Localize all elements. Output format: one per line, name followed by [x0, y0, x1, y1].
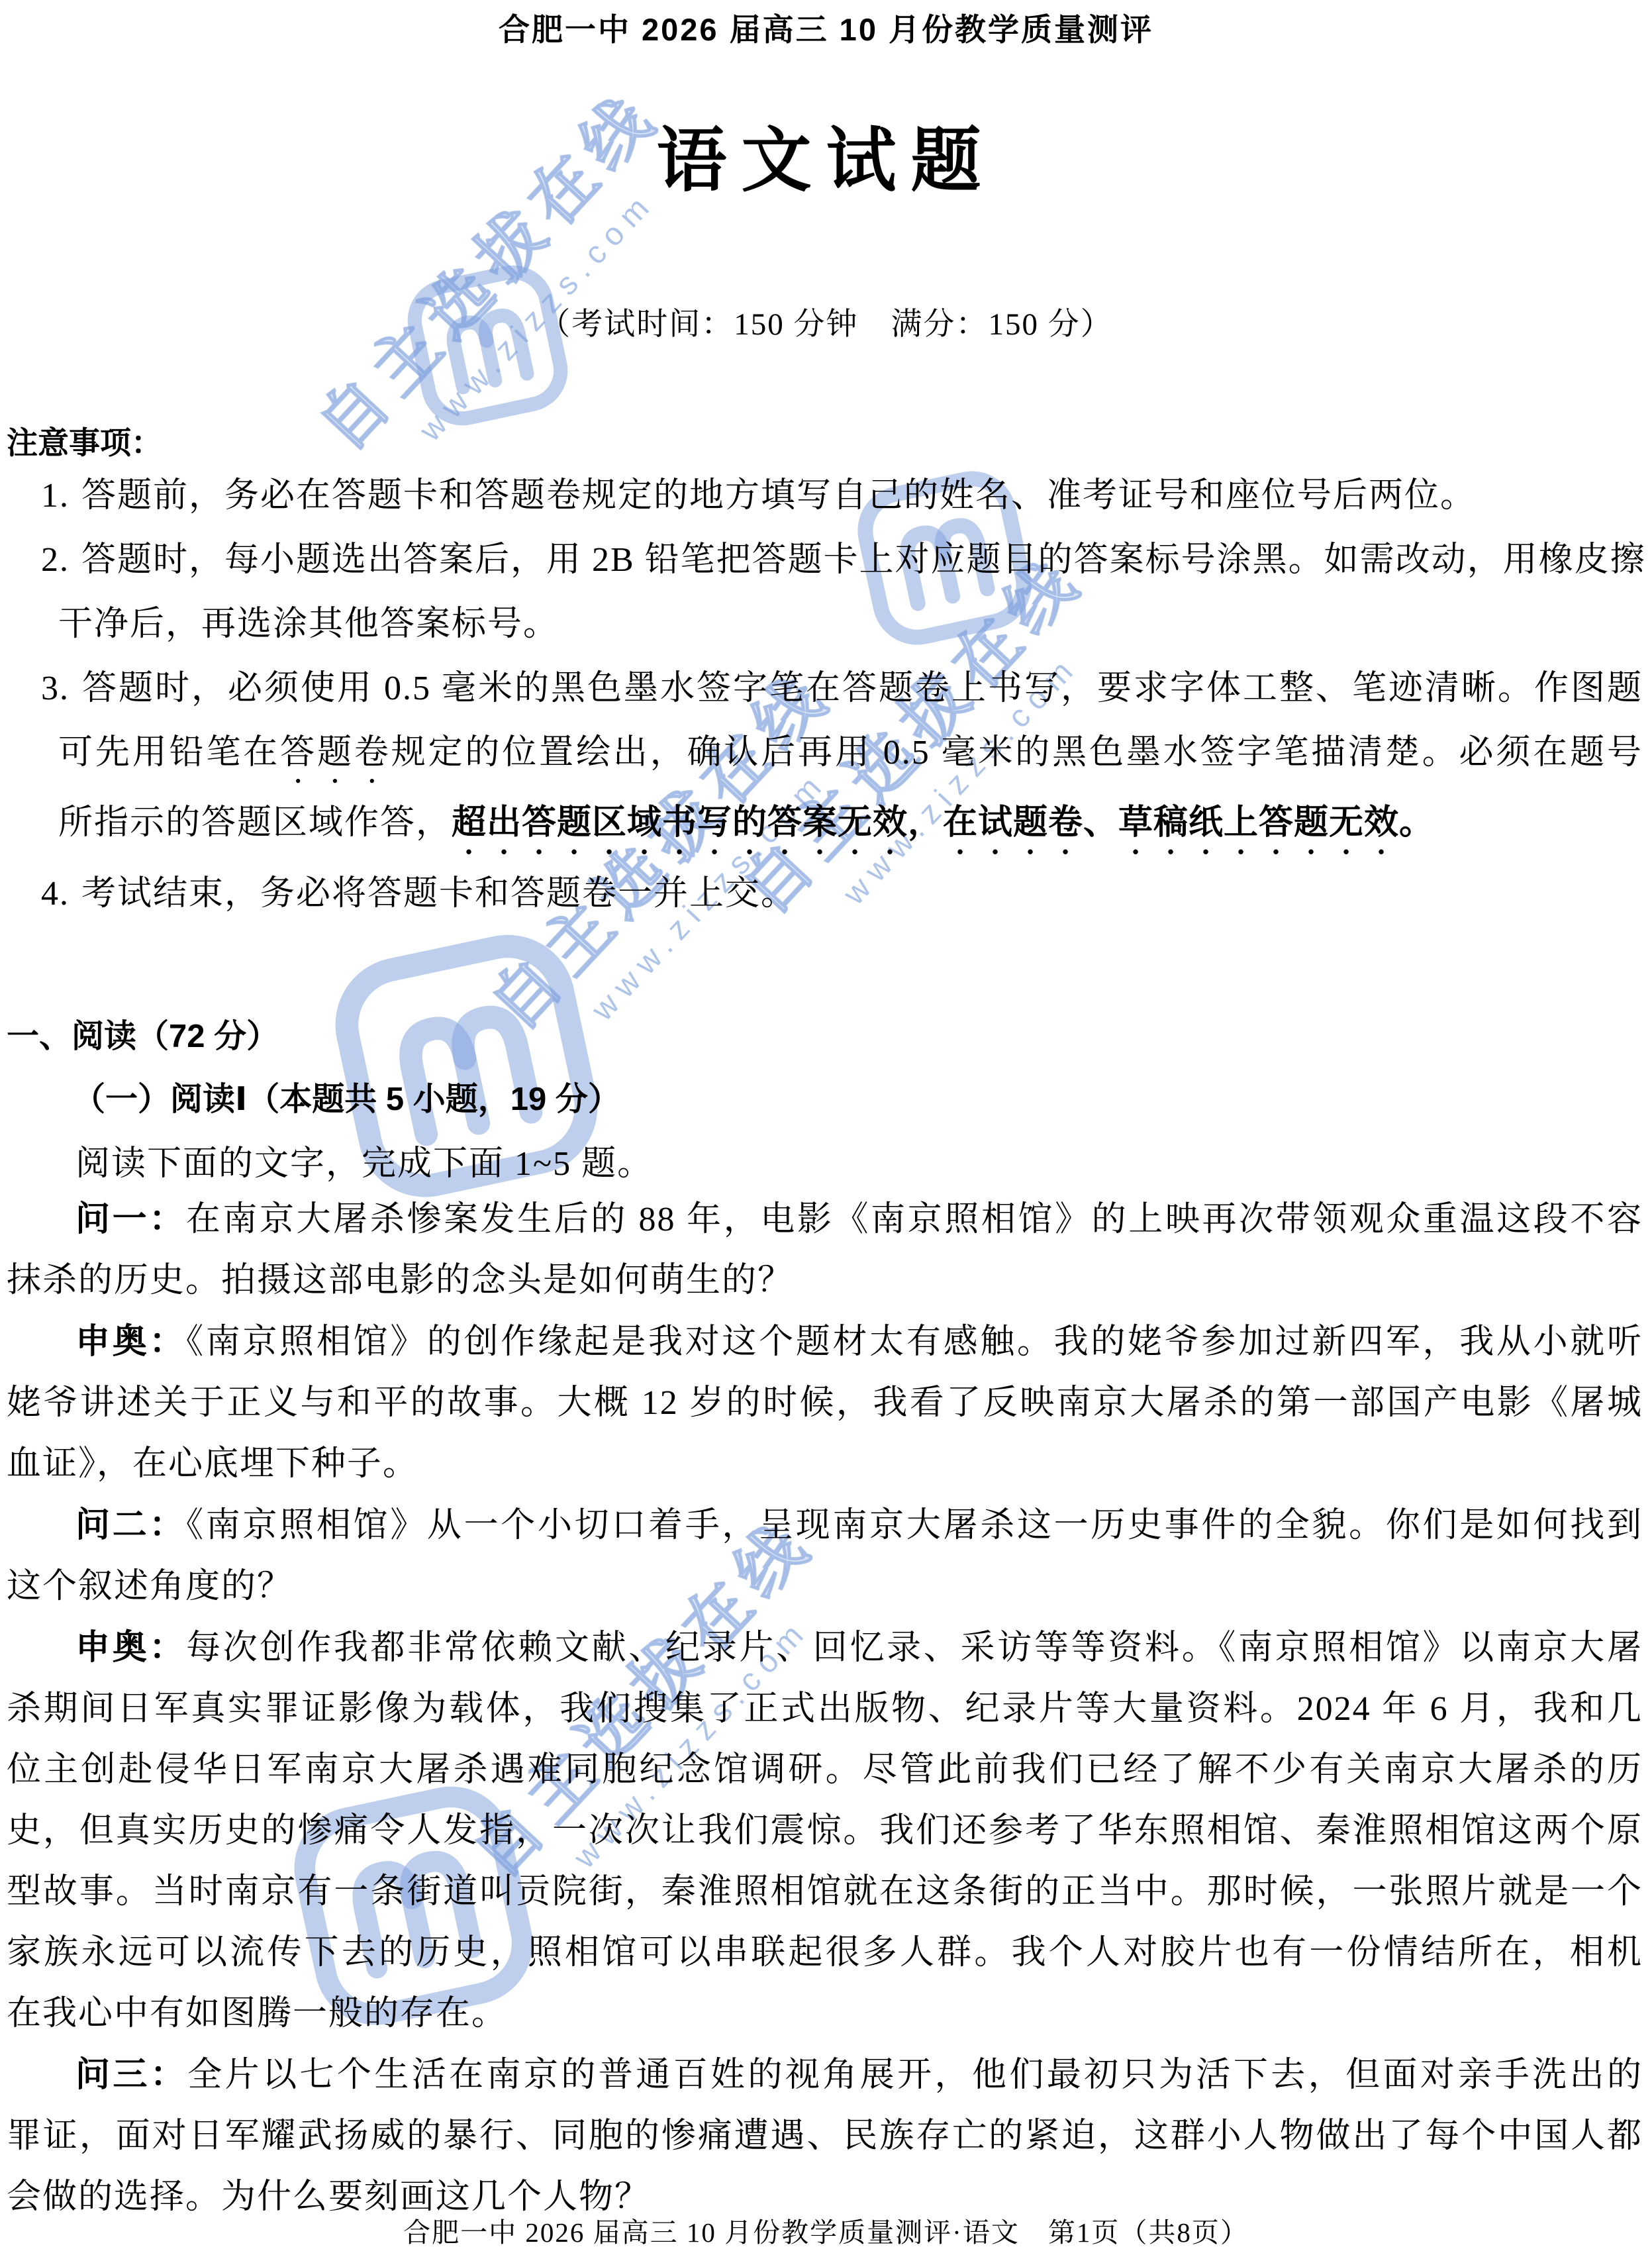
passage-line: 家族永远可以流传下去的历史，照相馆可以串联起很多人群。我个人对胶片也有一份情结所…	[7, 1923, 1643, 1983]
exam-header-title: 合肥一中 2026 届高三 10 月份教学质量测评	[0, 5, 1652, 50]
notice-text: 答题卷	[280, 734, 391, 772]
passage-line: 杀期间日军真实罪证影像为载体，我们搜集了正式出版物、纪录片等大量资料。2024 …	[7, 1679, 1643, 1740]
notice-item: 2.答题时，每小题选出答案后，用 2B 铅笔把答题卡上对应题目的答案标号涂黑。如…	[7, 528, 1643, 656]
speaker-label: 问三：	[75, 2056, 187, 2094]
notice-line: 1.答题前，务必在答题卡和答题卷规定的地方填写自己的姓名、准考证号和座位号后两位…	[58, 464, 1643, 528]
passage-line: 血证》，在心底埋下种子。	[7, 1434, 1643, 1495]
notice-text: 答题时，必须使用 0.5 毫米的黑色墨水签字笔在答题卷上书写，要求字体工整、笔迹…	[81, 670, 1643, 707]
page-footer: 合肥一中 2026 届高三 10 月份教学质量测评·语文 第1页（共8页）	[0, 2211, 1652, 2250]
reading-passage: 问一：在南京大屠杀惨案发生后的 88 年，电影《南京照相馆》的上映再次带领观众重…	[7, 1189, 1643, 2228]
notice-list: 1.答题前，务必在答题卡和答题卷规定的地方填写自己的姓名、准考证号和座位号后两位…	[7, 464, 1643, 926]
notice-line: 3.答题时，必须使用 0.5 毫米的黑色墨水签字笔在答题卷上书写，要求字体工整、…	[58, 656, 1643, 721]
passage-line: 姥爷讲述关于正义与和平的故事。大概 12 岁的时候，我看了反映南京大屠杀的第一部…	[7, 1373, 1643, 1434]
subsection-title: （一）阅读Ⅰ（本题共 5 小题，19 分）	[73, 1074, 620, 1120]
notice-line: 可先用铅笔在答题卷规定的位置绘出，确认后再用 0.5 毫米的黑色墨水签字笔描清楚…	[58, 721, 1643, 791]
notice-item-number: 1.	[41, 477, 81, 515]
notice-line: 所指示的答题区域作答，超出答题区域书写的答案无效，在试题卷、草稿纸上答题无效。	[58, 791, 1643, 862]
doc-title: 语文试题	[0, 105, 1652, 205]
passage-line: 问二：《南京照相馆》从一个小切口着手，呈现南京大屠杀这一历史事件的全貌。你们是如…	[7, 1495, 1643, 1556]
passage-line: 型故事。当时南京有一条街道叫贡院街，秦淮照相馆就在这条街的正当中。那时候，一张照…	[7, 1862, 1643, 1923]
notice-text: 可先用铅笔在	[58, 734, 280, 772]
speaker-label: 问二：	[75, 1506, 186, 1544]
passage-line: 在我心中有如图腾一般的存在。	[7, 1983, 1643, 2044]
exam-info: （考试时间：150 分钟 满分：150 分）	[0, 299, 1652, 344]
passage-line: 抹杀的历史。拍摄这部电影的念头是如何萌生的？	[7, 1250, 1643, 1311]
notice-text: 干净后，再选涂其他答案标号。	[58, 605, 559, 643]
notice-text: 规定的位置绘出，确认后再用 0.5 毫米的黑色墨水签字笔描清楚。必须在题号	[391, 734, 1643, 772]
notice-text: 答题前，务必在答题卡和答题卷规定的地方填写自己的姓名、准考证号和座位号后两位。	[81, 477, 1476, 515]
exam-paper-page: 自主选拔在线 www.zizzs.com 自主选拔在线 www.zizzs.co…	[0, 0, 1652, 2255]
passage-line: 申奥：《南京照相馆》的创作缘起是我对这个题材太有感触。我的姥爷参加过新四军，我从…	[7, 1311, 1643, 1373]
notice-text: 所指示的答题区域作答，	[58, 804, 452, 842]
notice-text: 答题时，每小题选出答案后，用 2B 铅笔把答题卡上对应题目的答案标号涂黑。如需改…	[81, 541, 1646, 579]
passage-line: 这个叙述角度的？	[7, 1556, 1643, 1617]
notice-line: 干净后，再选涂其他答案标号。	[58, 592, 1643, 656]
reading-intro: 阅读下面的文字，完成下面 1~5 题。	[75, 1135, 653, 1185]
notice-item-number: 3.	[41, 670, 81, 707]
passage-line: 罪证，面对日军耀武扬威的暴行、同胞的惨痛遭遇、民族存亡的紧迫，这群小人物做出了每…	[7, 2106, 1643, 2167]
notice-item: 1.答题前，务必在答题卡和答题卷规定的地方填写自己的姓名、准考证号和座位号后两位…	[7, 464, 1643, 528]
notice-item: 4.考试结束，务必将答题卡和答题卷一并上交。	[7, 862, 1643, 926]
passage-line: 位主创赴侵华日军南京大屠杀遇难同胞纪念馆调研。尽管此前我们已经了解不少有关南京大…	[7, 1740, 1643, 1801]
notice-heading: 注意事项：	[7, 419, 162, 463]
notice-bold-warning: 超出答题区域书写的答案无效，在试题卷、草稿纸上答题无效。	[452, 803, 1434, 842]
passage-line: 问一：在南京大屠杀惨案发生后的 88 年，电影《南京照相馆》的上映再次带领观众重…	[7, 1189, 1643, 1250]
notice-text: 考试结束，务必将答题卡和答题卷一并上交。	[81, 875, 797, 913]
notice-item-number: 4.	[41, 875, 81, 913]
passage-line: 申奥：每次创作我都非常依赖文献、纪录片、回忆录、采访等等资料。《南京照相馆》以南…	[7, 1617, 1643, 1679]
notice-line: 4.考试结束，务必将答题卡和答题卷一并上交。	[58, 862, 1643, 926]
speaker-label: 问一：	[75, 1200, 186, 1238]
notice-line: 2.答题时，每小题选出答案后，用 2B 铅笔把答题卡上对应题目的答案标号涂黑。如…	[58, 528, 1643, 592]
watermark-logo-icon	[395, 253, 581, 441]
passage-line: 史，但真实历史的惨痛令人发指，一次次让我们震惊。我们还参考了华东照相馆、秦淮照相…	[7, 1801, 1643, 1862]
speaker-label: 申奥：	[75, 1323, 186, 1361]
notice-item: 3.答题时，必须使用 0.5 毫米的黑色墨水签字笔在答题卷上书写，要求字体工整、…	[7, 656, 1643, 862]
speaker-label: 申奥：	[75, 1629, 186, 1667]
notice-item-number: 2.	[41, 541, 81, 579]
section-title: 一、阅读（72 分）	[7, 1011, 279, 1057]
passage-line: 问三：全片以七个生活在南京的普通百姓的视角展开，他们最初只为活下去，但面对亲手洗…	[7, 2044, 1643, 2106]
